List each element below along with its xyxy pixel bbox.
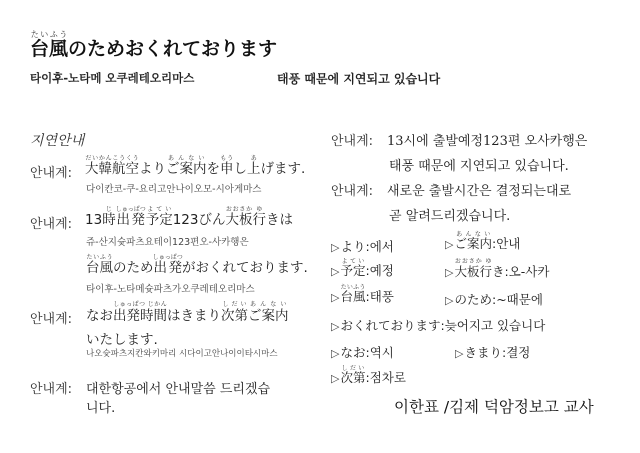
vocab-item: ▷次第しだい:점차로: [331, 365, 406, 386]
announcer-label: 안내계:: [30, 378, 72, 397]
triangle-marker-icon: ▷: [331, 320, 339, 333]
page-title: 台風たいふうのためおくれております: [30, 30, 277, 61]
jp-line: 大韓航空だいかんこうくうよりご案内あんないを申もうし上あげます.: [85, 155, 305, 177]
kr-line: 곧 알려드리겠습니다.: [389, 205, 510, 224]
kr-reading: 쥬-산지슛파츠요테이123편오-사카행은: [86, 234, 249, 248]
triangle-marker-icon: ▷: [331, 291, 339, 304]
announcer-label: 안내계:: [30, 162, 72, 181]
vocab-item: ▷予定よてい:예정: [331, 258, 394, 279]
vocab-item: ▷ご案内あんない:안내: [445, 231, 520, 252]
kr-reading: 타이후-노타메슛파츠가오쿠레테오리마스: [86, 281, 255, 295]
vocab-item: ▷台風たいふう:태풍: [331, 284, 394, 305]
vocab-item: ▷おくれております:늦어지고 있습니다: [331, 316, 545, 334]
vocab-item: ▷のため:~때문에: [445, 290, 543, 308]
kr-line: 니다.: [86, 397, 115, 416]
jp-line: 台風たいふうのため出発しゅっぱつがおくれております.: [86, 254, 308, 276]
announcer-label: 안내계:: [30, 308, 72, 327]
triangle-marker-icon: ▷: [445, 294, 453, 307]
title-rest: のためおくれております: [68, 38, 277, 60]
vocab-item: ▷大板行おおさか ゆき:오-사카: [445, 258, 549, 280]
vocab-item: ▷きまり:결정: [455, 343, 530, 361]
jp-line: なお出発時間しゅっぱつ じかんはきまり次第しだいご案内あんない: [86, 301, 289, 324]
title-translation: 태풍 때문에 지연되고 있습니다: [277, 70, 440, 87]
author-credit: 이한표 /김제 덕암정보고 교사: [394, 395, 594, 417]
announcer-label: 안내계:: [331, 130, 373, 149]
jp-line: 13時じ出発しゅっぱつ予定よてい123びん大板おおさか行ゆきは: [85, 206, 293, 228]
announcer-label: 안내계:: [30, 213, 72, 232]
triangle-marker-icon: ▷: [445, 266, 453, 279]
title-furigana: たいふう: [30, 30, 68, 39]
section-title: 지연안내: [30, 130, 84, 150]
jp-line: いたします.: [86, 328, 158, 348]
kr-line: 태풍 때문에 지연되고 있습니다.: [389, 155, 569, 174]
triangle-marker-icon: ▷: [331, 265, 339, 278]
kr-line: 새로운 출발시간은 결정되는대로: [387, 180, 571, 199]
triangle-marker-icon: ▷: [331, 372, 339, 385]
vocab-item: ▷より:에서: [331, 237, 394, 255]
triangle-marker-icon: ▷: [445, 238, 453, 251]
kr-reading: 다이칸코-쿠-요리고안나이오모-시아게마스: [86, 181, 261, 195]
kr-line: 대한항공에서 안내말씀 드리겠습: [86, 378, 270, 397]
kr-line: 13시에 출발예정123편 오사카행은: [387, 130, 587, 149]
triangle-marker-icon: ▷: [331, 241, 339, 254]
triangle-marker-icon: ▷: [331, 347, 339, 360]
title-reading: 타이후-노타메 오쿠레테오리마스: [30, 70, 194, 86]
kr-reading: 나오슛파츠지칸와키마리 시다이고안나이이타시마스: [86, 347, 278, 359]
announcer-label: 안내계:: [331, 180, 373, 199]
triangle-marker-icon: ▷: [455, 347, 463, 360]
vocab-item: ▷なお:역시: [331, 343, 394, 361]
title-kanji: 台風: [30, 38, 68, 60]
